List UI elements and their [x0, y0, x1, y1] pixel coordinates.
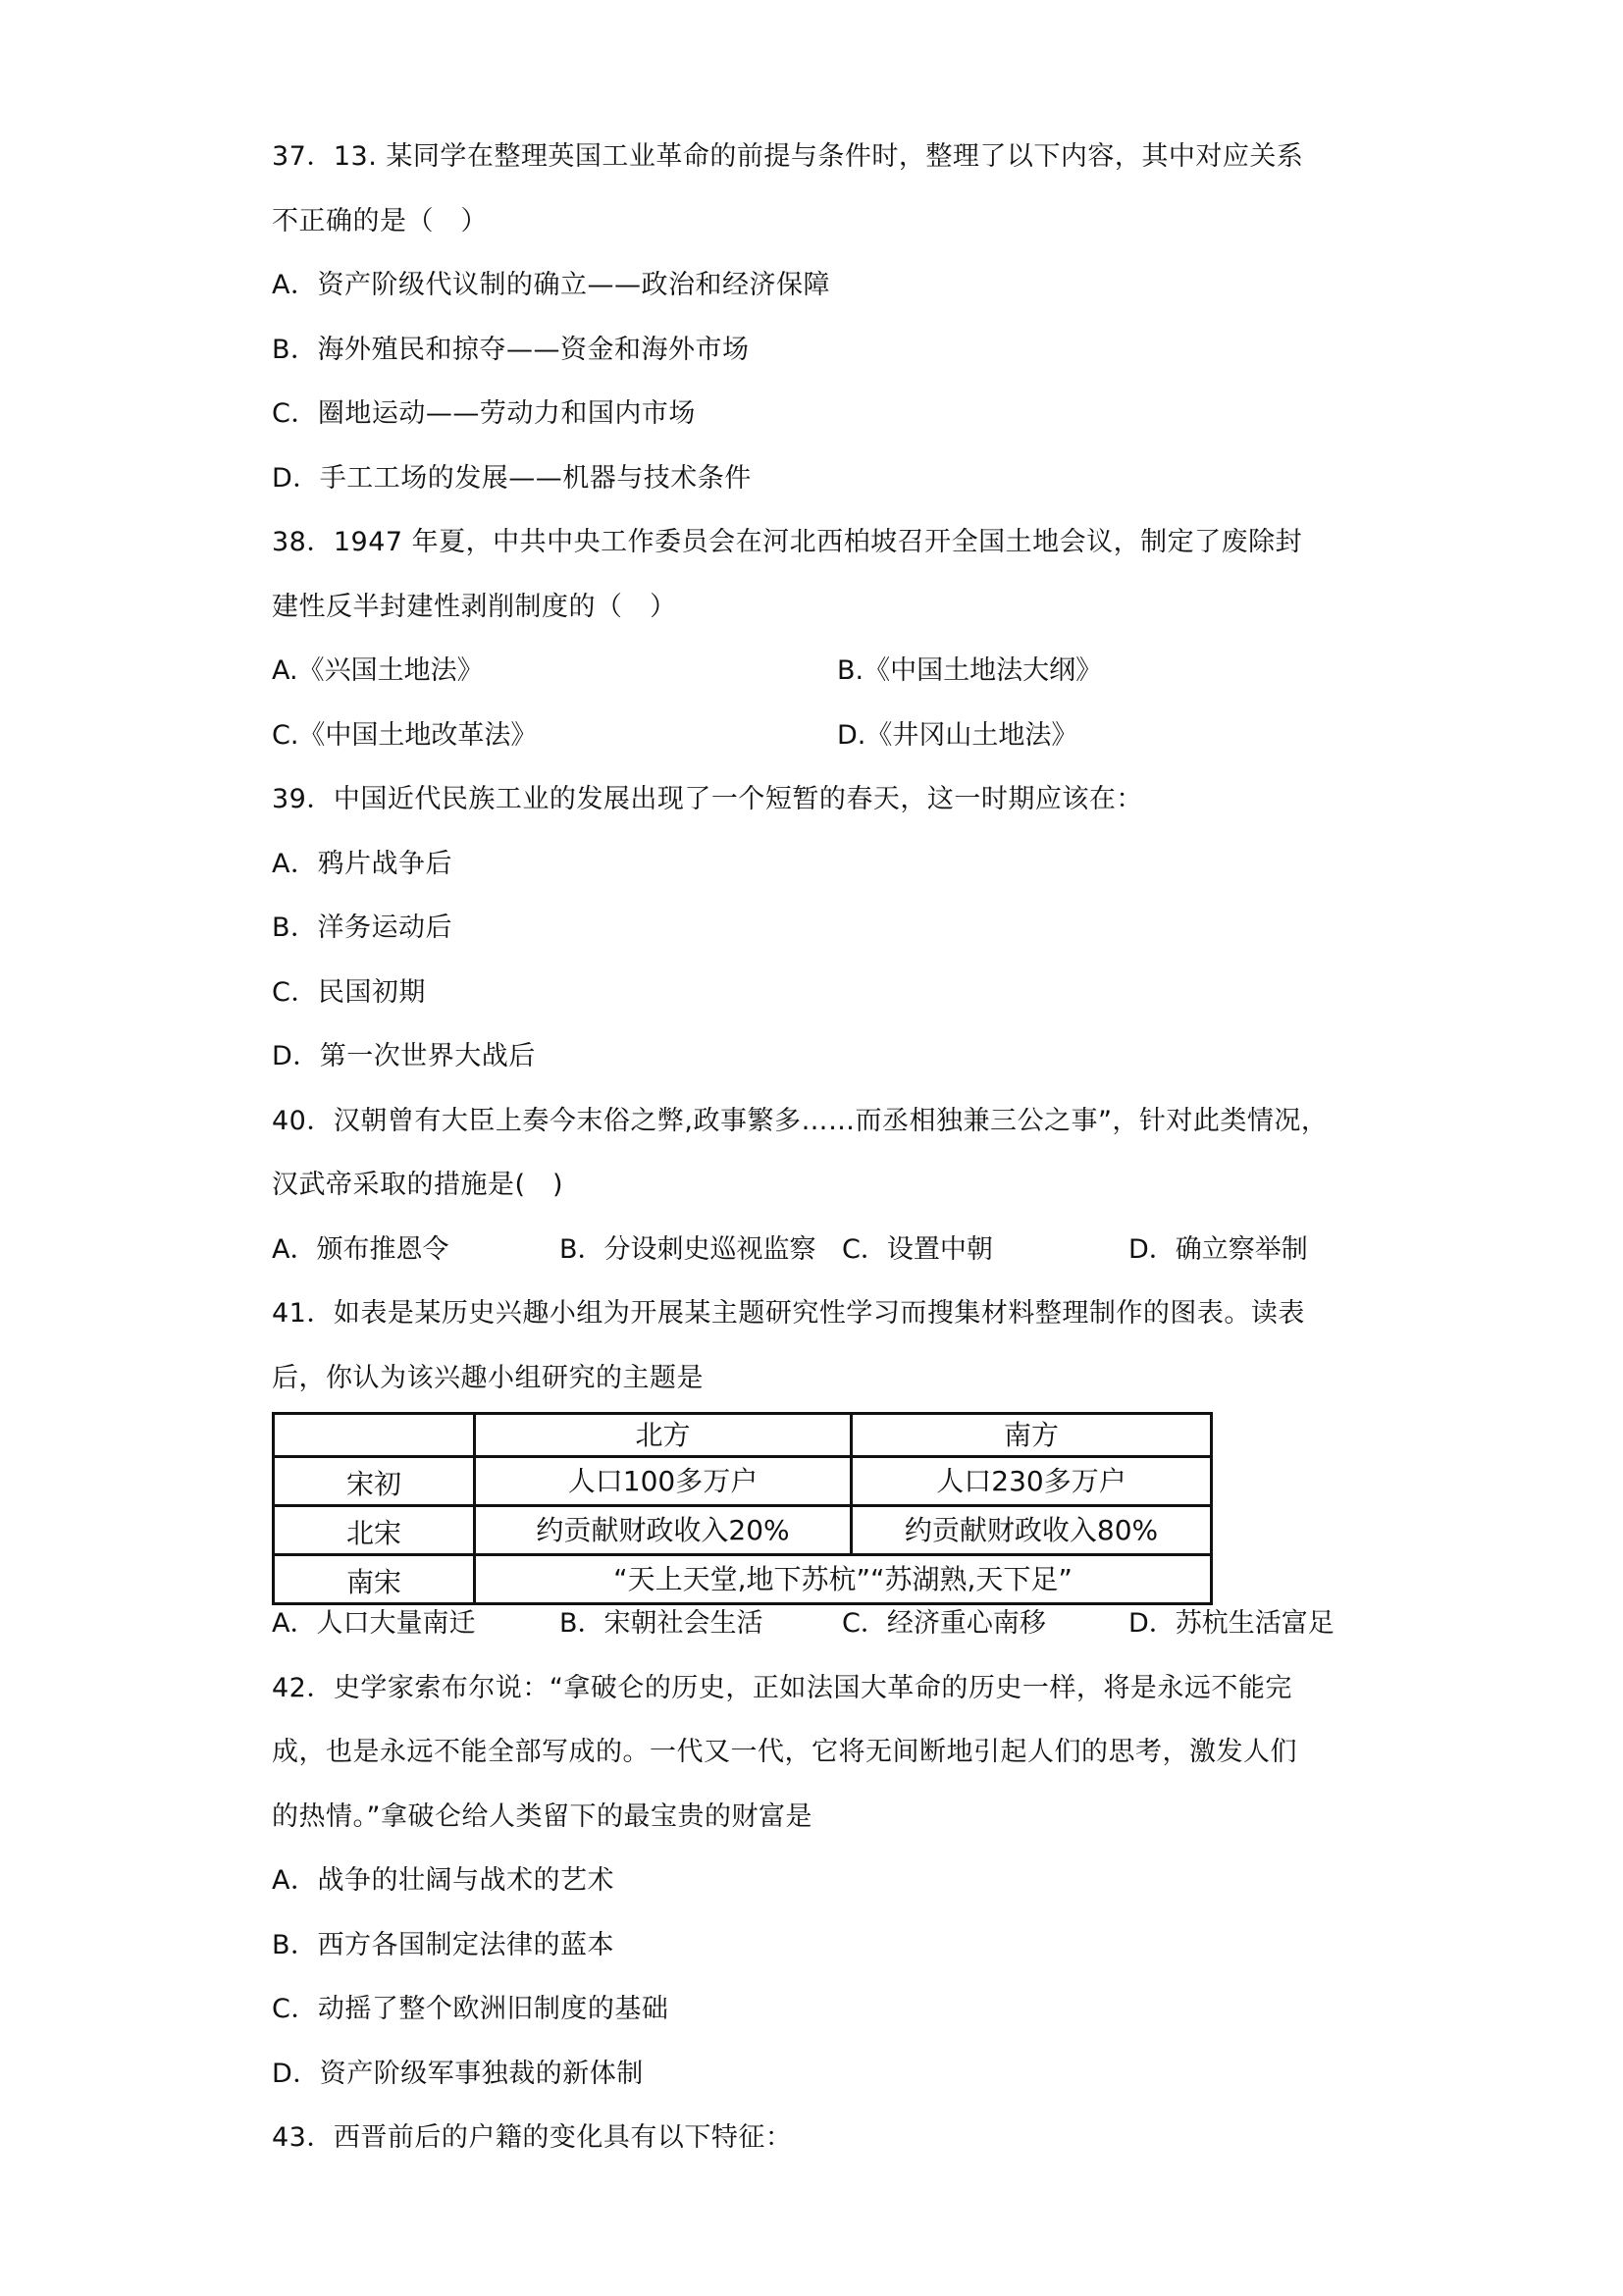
- data-table-container: 北方 南方 宋初 人口100多万户 人口230多万户 北宋 约贡献财政收入20%…: [272, 1410, 1381, 1589]
- option-d: D．第一次世界大战后: [272, 1024, 1381, 1089]
- option-c: C．圈地运动——劳动力和国内市场: [272, 382, 1381, 446]
- question-stem-line: 40．汉朝曾有大臣上奏今末俗之弊,政事繁多……而丞相独兼三公之事”，针对此类情况…: [272, 1089, 1381, 1154]
- table-cell: 人口230多万户: [852, 1457, 1212, 1506]
- option-d: D．手工工场的发展——机器与技术条件: [272, 446, 1381, 511]
- table-row: 北宋 约贡献财政收入20% 约贡献财政收入80%: [274, 1506, 1212, 1555]
- question-43: 43．西晋前后的户籍的变化具有以下特征：: [272, 2106, 1381, 2170]
- option-c: C．设置中朝: [842, 1218, 993, 1282]
- option-b: B．西方各国制定法律的蓝本: [272, 1913, 1381, 1978]
- options-row: A.《兴国土地法》 B.《中国土地法大纲》: [272, 639, 1381, 704]
- option-a: A．人口大量南迁: [272, 1592, 475, 1656]
- table-cell: 约贡献财政收入80%: [852, 1506, 1212, 1555]
- options-row: A．颁布推恩令 B．分设刺史巡视监察 C．设置中朝 D．确立察举制: [272, 1218, 1381, 1282]
- option-d: D.《井冈山土地法》: [837, 704, 1077, 768]
- table-cell: 人口100多万户: [475, 1457, 852, 1506]
- question-37: 37．13. 某同学在整理英国工业革命的前提与条件时，整理了以下内容，其中对应关…: [272, 125, 1381, 510]
- table-header-row: 北方 南方: [274, 1414, 1212, 1457]
- option-a: A.《兴国土地法》: [272, 639, 484, 704]
- north-south-table: 北方 南方 宋初 人口100多万户 人口230多万户 北宋 约贡献财政收入20%…: [272, 1412, 1213, 1605]
- exam-page: 37．13. 某同学在整理英国工业革命的前提与条件时，整理了以下内容，其中对应关…: [272, 125, 1381, 2170]
- table-cell: 约贡献财政收入20%: [475, 1506, 852, 1555]
- question-stem-line: 成，也是永远不能全部写成的。一代又一代，它将无间断地引起人们的思考，激发人们: [272, 1720, 1381, 1785]
- question-stem-line: 汉武帝采取的措施是( ): [272, 1153, 1381, 1218]
- question-stem-line: 41．如表是某历史兴趣小组为开展某主题研究性学习而搜集材料整理制作的图表。读表: [272, 1281, 1381, 1346]
- option-c: C.《中国土地改革法》: [272, 704, 537, 768]
- options-row: A．人口大量南迁 B．宋朝社会生活 C．经济重心南移 D．苏杭生活富足: [272, 1592, 1381, 1656]
- question-42: 42．史学家索布尔说：“拿破仑的历史，正如法国大革命的历史一样，将是永远不能完 …: [272, 1656, 1381, 2107]
- question-stem-line: 42．史学家索布尔说：“拿破仑的历史，正如法国大革命的历史一样，将是永远不能完: [272, 1656, 1381, 1721]
- table-row: 宋初 人口100多万户 人口230多万户: [274, 1457, 1212, 1506]
- table-header-cell: [274, 1414, 475, 1457]
- option-a: A．鸦片战争后: [272, 832, 1381, 897]
- question-38: 38．1947 年夏，中共中央工作委员会在河北西柏坡召开全国土地会议，制定了废除…: [272, 510, 1381, 767]
- question-stem-line: 38．1947 年夏，中共中央工作委员会在河北西柏坡召开全国土地会议，制定了废除…: [272, 510, 1381, 575]
- option-b: B．洋务运动后: [272, 896, 1381, 961]
- option-a: A．战争的壮阔与战术的艺术: [272, 1849, 1381, 1913]
- options-row: C.《中国土地改革法》 D.《井冈山土地法》: [272, 704, 1381, 768]
- option-d: D．确立察举制: [1128, 1218, 1308, 1282]
- question-41: 41．如表是某历史兴趣小组为开展某主题研究性学习而搜集材料整理制作的图表。读表 …: [272, 1281, 1381, 1656]
- question-stem-line: 37．13. 某同学在整理英国工业革命的前提与条件时，整理了以下内容，其中对应关…: [272, 125, 1381, 189]
- question-stem-line: 43．西晋前后的户籍的变化具有以下特征：: [272, 2106, 1381, 2170]
- table-row-header: 宋初: [274, 1457, 475, 1506]
- table-row-header: 北宋: [274, 1506, 475, 1555]
- option-b: B．宋朝社会生活: [559, 1592, 763, 1656]
- table-header-cell: 南方: [852, 1414, 1212, 1457]
- question-stem-line: 后，你认为该兴趣小组研究的主题是: [272, 1346, 1381, 1411]
- option-c: C．民国初期: [272, 961, 1381, 1025]
- question-stem-line: 不正确的是（ ）: [272, 189, 1381, 254]
- question-stem-line: 建性反半封建性剥削制度的（ ）: [272, 575, 1381, 640]
- question-stem-line: 的热情。”拿破仑给人类留下的最宝贵的财富是: [272, 1785, 1381, 1850]
- option-c: C．经济重心南移: [842, 1592, 1046, 1656]
- option-a: A．资产阶级代议制的确立——政治和经济保障: [272, 253, 1381, 318]
- question-40: 40．汉朝曾有大臣上奏今末俗之弊,政事繁多……而丞相独兼三公之事”，针对此类情况…: [272, 1089, 1381, 1282]
- option-c: C．动摇了整个欧洲旧制度的基础: [272, 1977, 1381, 2042]
- option-b: B.《中国土地法大纲》: [837, 639, 1102, 704]
- option-d: D．苏杭生活富足: [1128, 1592, 1335, 1656]
- option-b: B．分设刺史巡视监察: [559, 1218, 816, 1282]
- question-stem-line: 39．中国近代民族工业的发展出现了一个短暂的春天，这一时期应该在：: [272, 767, 1381, 832]
- option-a: A．颁布推恩令: [272, 1218, 448, 1282]
- question-39: 39．中国近代民族工业的发展出现了一个短暂的春天，这一时期应该在： A．鸦片战争…: [272, 767, 1381, 1089]
- option-b: B．海外殖民和掠夺——资金和海外市场: [272, 318, 1381, 383]
- option-d: D．资产阶级军事独裁的新体制: [272, 2042, 1381, 2107]
- table-header-cell: 北方: [475, 1414, 852, 1457]
